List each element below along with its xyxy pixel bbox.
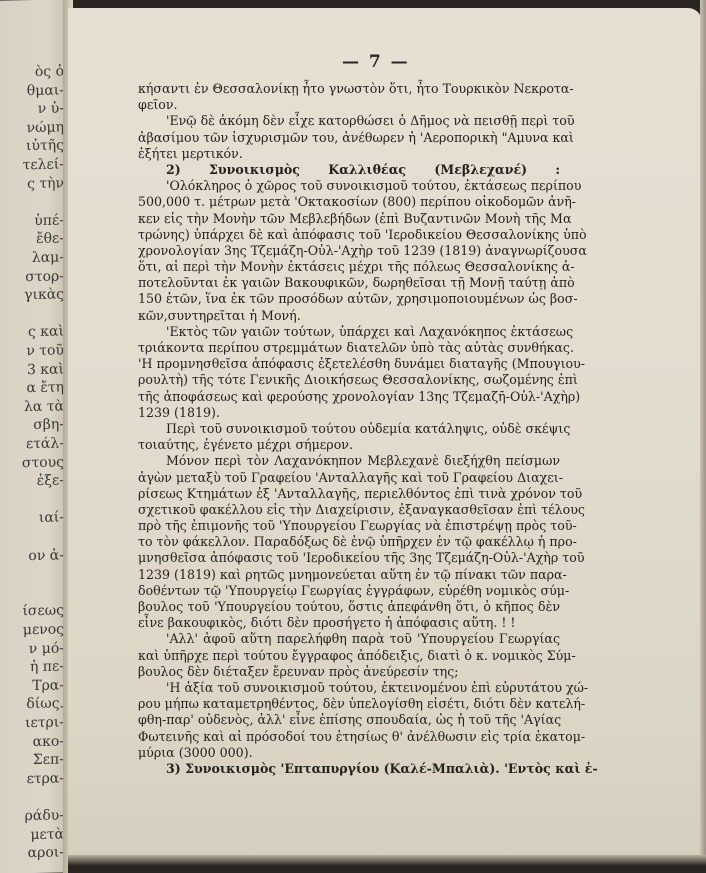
text-line: ρίσεως Κτημάτων ἐξ 'Ανταλλαγῆς, περιελθό…: [138, 486, 560, 502]
facing-page-fragment: ς τὴν: [27, 173, 64, 194]
text-line: φεῖον.: [138, 97, 560, 113]
text-line: ρου μήπω καταμετρηθέντος, δὲν ὑπελογίσθη…: [138, 696, 560, 712]
facing-page-fragment: 3 καὶ: [27, 359, 64, 380]
facing-page-fragment: θμαι-: [27, 80, 64, 101]
facing-page-fragment: ν μό-: [29, 638, 64, 659]
page-bottom-shadow: [68, 855, 706, 873]
text-line: κεν εἰς τὴν Μονὴν τῶν Μεβλεβήδων (ἐπὶ Βυ…: [138, 211, 560, 227]
text-line: 'Ολόκληρος ὁ χῶρος τοῦ συνοικισμοῦ τούτο…: [138, 178, 560, 194]
text-line: σχετικοῦ φακέλλου εἰς τὴν Διαχείρισιν, ἐ…: [138, 502, 560, 518]
text-line: 'Ενῷ δὲ ἀκόμη δὲν εἶχε κατορθώσει ὁ Δῆμο…: [138, 113, 560, 129]
text-line: τριάκοντα περίπου στρεμμάτων διατελῶν ὑπ…: [138, 340, 560, 356]
facing-page-fragment: λα τὰ: [24, 396, 64, 417]
text-line: κήσαντι ἐν Θεσσαλονίκῃ ἦτο γνωστὸν ὅτι, …: [138, 81, 560, 97]
text-line: 1239 (1819) καὶ ρητῶς μνημονεύεται αὕτη …: [138, 567, 560, 583]
page-number: — 7 —: [342, 52, 410, 72]
facing-page-fragment: γικὰς: [24, 285, 64, 306]
text-line: μνησθεῖσα ἀπόφασις τοῦ 'Ιεροδικείου τῆς …: [138, 550, 560, 566]
text-line: ποτελοῦνται ἐκ γαιῶν Βακουφικῶν, δωρηθεῖ…: [138, 275, 560, 291]
text-line: μύρια (3000 000).: [138, 745, 560, 761]
text-line: ρουλτὴ) τῆς τότε Γενικῆς Διοικήσεως Θεσσ…: [138, 372, 560, 388]
text-line: κῶν,συντηρεῖται ἡ Μονή.: [138, 308, 560, 324]
text-line: ἀβασίμου τῶν ἰσχυρισμῶν του, ἀνέθωρεν ἡ …: [138, 130, 560, 146]
facing-page-fragment: σβη-: [33, 415, 64, 436]
facing-page-fragment: α ἔτη: [26, 378, 64, 399]
text-line: 1239 (1819).: [138, 405, 560, 421]
text-line: το τὸν φάκελλον. Παραδόξως δὲ ἐνῷ ὑπῆρχε…: [138, 534, 560, 550]
facing-page-fragment: ιετρι-: [25, 712, 64, 733]
text-line: 'Αλλ' ἀφοῦ αὕτη παρελήφθη παρὰ τοῦ 'Υπου…: [138, 631, 560, 647]
text-line: φθη-παρ' οὐδενὸς, ἀλλ' εἶνε ἐπίσης σπουδ…: [138, 712, 560, 728]
facing-page-fragment: ακο-: [33, 731, 64, 752]
facing-page-fragment: ίσεως: [22, 601, 64, 622]
text-line: χρονολογίαν 3ης Τζεμάζη-Οὐλ-'Αχὴρ τοῦ 12…: [138, 243, 560, 259]
facing-page-fragment: ν ὑ-: [38, 99, 64, 119]
facing-page-fragment: ἐξε-: [37, 471, 64, 491]
text-line: δοθέντων τῷ 'Υπουργείῳ Γεωργίας ἐγγράφων…: [138, 583, 560, 599]
facing-page-fragment: τελεί-: [23, 154, 64, 175]
section-heading: 3) Συνοικισμὸς 'Επταπυργίου (Καλέ-Μπαλιὰ…: [138, 761, 560, 777]
facing-page-fragment: δίως.: [26, 694, 64, 715]
facing-page-fragment: ὸς ὁ: [35, 61, 64, 82]
body-text: κήσαντι ἐν Θεσσαλονίκῃ ἦτο γνωστὸν ὅτι, …: [138, 81, 560, 777]
text-line: βουλος τοῦ 'Υπουργείου τούτου, ὅστις ἀπε…: [138, 599, 560, 615]
text-line: Περὶ τοῦ συνοικισμοῦ τούτου οὐδεμία κατά…: [138, 421, 560, 437]
facing-page-fragment: στους: [22, 452, 64, 473]
facing-page-left: ὸς ὁθμαι-ν ὑ-νώμηιὐτῆςτελεί-ς τὴνὑπέ-ἔθε…: [0, 0, 68, 873]
text-line: τοιαύτης, ἐγένετο μέχρι σήμερον.: [138, 437, 560, 453]
text-line: Φωτεινῆς καὶ αἱ πρόσοδοί του ἐτησίως θ' …: [138, 729, 560, 745]
text-line: Μόνον περὶ τὸν Λαχανόκηπον Μεβλεχανὲ διε…: [138, 453, 560, 469]
text-line: ὅτι, αἱ περὶ τὴν Μονὴν ἐκτάσεις μέχρι τῆ…: [138, 259, 560, 275]
text-line: τρώνης) ὑπάρχει δὲ καὶ ἀπόφασις τοῦ 'Ιερ…: [138, 227, 560, 243]
facing-page-fragment: λαμ-: [32, 247, 64, 268]
facing-page-fragment: ἡ πε-: [30, 657, 64, 678]
text-line: καὶ ὑπῆρχε περὶ τούτου ἔγγραφος ἀπόδειξι…: [138, 648, 560, 664]
text-line: πρὸ τῆς ἐπιμονῆς τοῦ 'Υπουργείου Γεωργία…: [138, 518, 560, 534]
text-line: 'Η προμνησθεῖσα ἀπόφασις ἐξετελέσθη δυνά…: [138, 356, 560, 372]
text-line: 'Εκτὸς τῶν γαιῶν τούτων, ὑπάρχει καὶ Λαχ…: [138, 324, 560, 340]
facing-page-fragment: ὑπέ-: [34, 210, 64, 231]
text-line: εἶνε βακουφικὸς, διότι δὲν προσήγετο ἡ ἀ…: [138, 615, 560, 631]
text-line: 'Η ἀξία τοῦ συνοικισμοῦ τούτου, ἐκτεινομ…: [138, 680, 560, 696]
facing-page-fragment: Τρα-: [32, 675, 64, 696]
section-heading: 2) Συνοικισμὸς Καλλιθέας (Μεβλεχανέ) :: [138, 162, 560, 178]
facing-page-fragment: ιὐτῆς: [26, 136, 64, 157]
facing-page-fragment: ς καὶ: [28, 322, 64, 343]
facing-page-fragment: στορ-: [25, 266, 64, 287]
facing-page-fragment: ἔθε-: [36, 229, 64, 249]
page-edge-right: [700, 0, 706, 873]
facing-page-fragment: Σεπ-: [33, 750, 64, 771]
text-line: βουλος δὲν διέταξεν ἔρευναν πρὸς ἀνεύρεσ…: [138, 664, 560, 680]
facing-page-fragment: μενος: [23, 619, 64, 640]
text-line: ἀγὼν μεταξὺ τοῦ Γραφείου 'Ανταλλαγῆς καὶ…: [138, 470, 560, 486]
facing-page-fragment: ράδυ-: [25, 805, 64, 826]
facing-page-fragment: ιαί-: [39, 508, 64, 528]
facing-page-fragment: ετάλ-: [26, 433, 64, 454]
facing-page-fragment: ετρα-: [27, 768, 64, 789]
text-line: 150 ἐτῶν, ἵνα ἐκ τῶν προσόδων αὐτῶν, χρη…: [138, 291, 560, 307]
facing-page-fragment: νώμη: [27, 117, 64, 138]
text-line: 500,000 τ. μέτρων μετὰ 'Οκτακοσίων (800)…: [138, 194, 560, 210]
facing-page-fragment: ν τοῦ: [26, 340, 64, 361]
facing-page-fragment: μετὰ: [30, 824, 64, 845]
facing-page-fragment: αροι-: [28, 843, 64, 864]
text-line: τῆς ἀποφάσεως καὶ φερούσης χρονολογίαν 1…: [138, 389, 560, 405]
facing-page-fragment: ον ἀ-: [28, 545, 64, 566]
text-line: ἐξήτει μερτικόν.: [138, 146, 560, 162]
